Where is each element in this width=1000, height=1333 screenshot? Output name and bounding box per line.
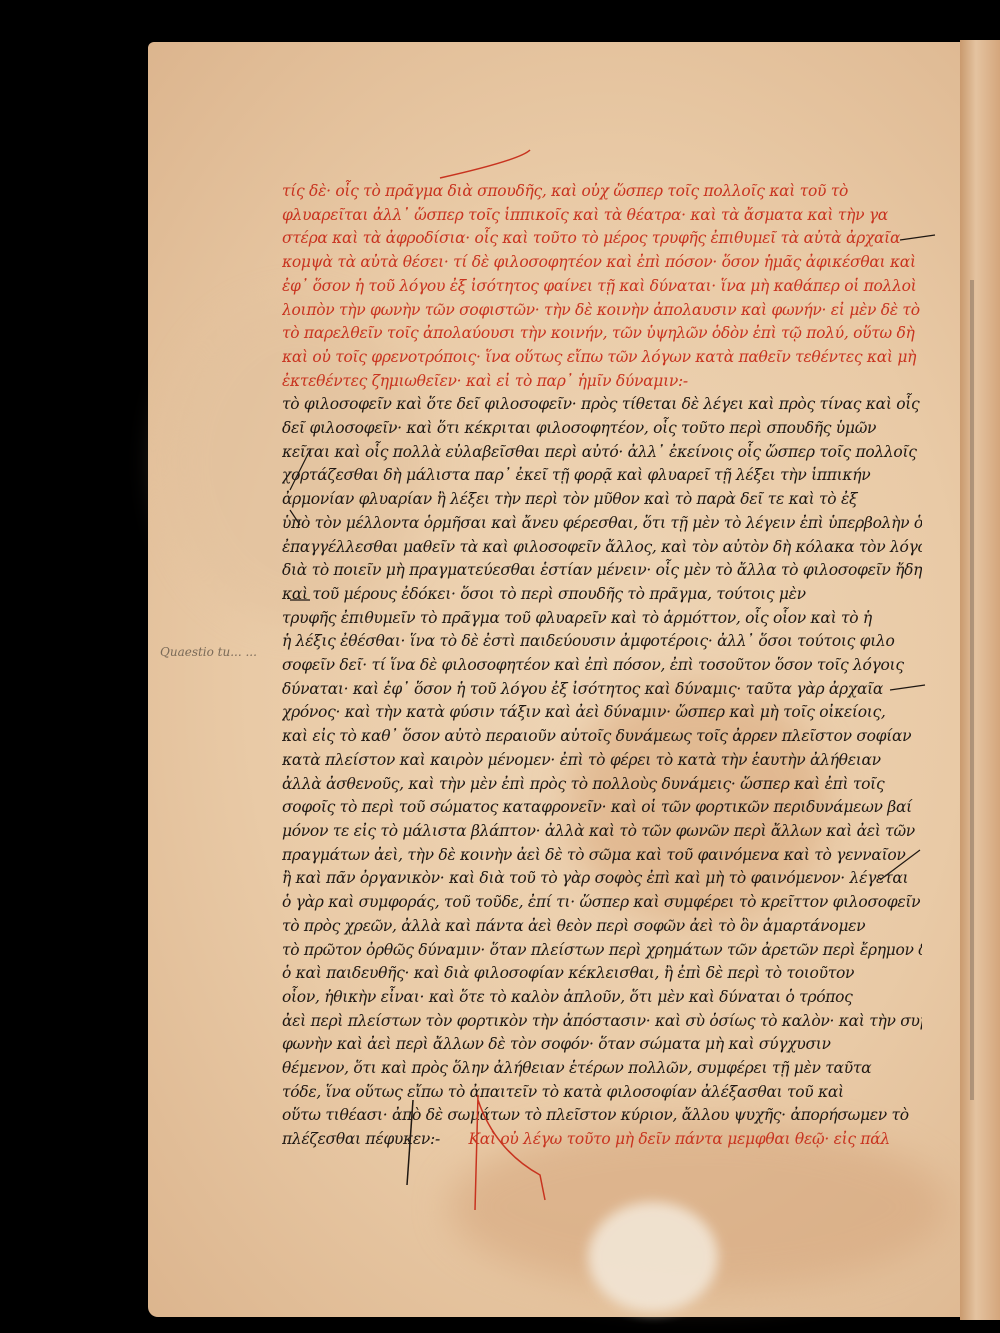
pen-strokes	[0, 0, 1000, 1333]
